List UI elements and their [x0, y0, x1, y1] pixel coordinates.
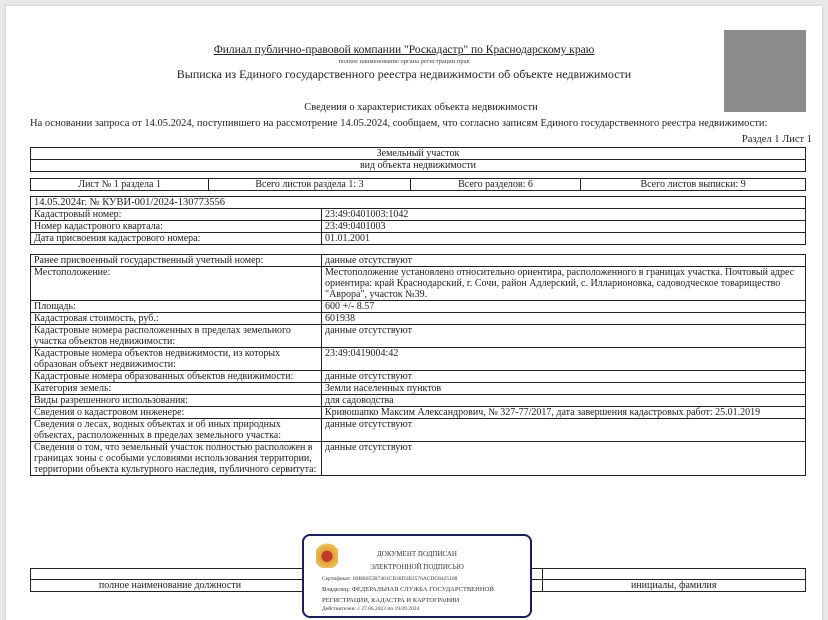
- row-value: 23:49:0401003:1042: [322, 209, 806, 221]
- table-row: Категория земель: Земли населенных пункт…: [31, 383, 806, 395]
- table-row: Ранее присвоенный государственный учетны…: [31, 255, 806, 267]
- table-row: Дата присвоения кадастрового номера: 01.…: [31, 233, 806, 245]
- row-value: данные отсутствуют: [322, 442, 806, 476]
- row-value: Кривошапко Максим Александрович, № 327-7…: [322, 407, 806, 419]
- stamp-owner-2: РЕГИСТРАЦИИ, КАДАСТРА И КАРТОГРАФИИ: [322, 597, 459, 604]
- section-sheets-total: Всего листов раздела 1: 3: [209, 179, 411, 191]
- object-type-caption: вид объекта недвижимости: [31, 160, 806, 172]
- object-type-table: Земельный участок вид объекта недвижимос…: [30, 147, 806, 172]
- table-row: Кадастровый номер: 23:49:0401003:1042: [31, 209, 806, 221]
- row-label: Номер кадастрового квартала:: [31, 221, 322, 233]
- document-page: Филиал публично-правовой компании "Роска…: [6, 6, 822, 620]
- row-label: Кадастровый номер:: [31, 209, 322, 221]
- row-label: Сведения о лесах, водных объектах и об и…: [31, 419, 322, 442]
- row-value: Местоположение установлено относительно …: [322, 267, 806, 301]
- document-title: Выписка из Единого государственного реес…: [6, 67, 802, 82]
- record-id: 14.05.2024г. № КУВИ-001/2024-130773556: [31, 197, 806, 209]
- characteristics-table: Ранее присвоенный государственный учетны…: [30, 254, 806, 476]
- object-type-value: Земельный участок: [31, 148, 806, 160]
- e-signature-stamp: ДОКУМЕНТ ПОДПИСАН ЭЛЕКТРОННОЙ ПОДПИСЬЮ С…: [302, 534, 532, 618]
- row-value: данные отсутствуют: [322, 419, 806, 442]
- table-row: Местоположение: Местоположение установле…: [31, 267, 806, 301]
- section-reference: Раздел 1 Лист 1: [742, 134, 812, 145]
- row-label: Виды разрешенного использования:: [31, 395, 322, 407]
- table-row: Кадастровые номера образованных объектов…: [31, 371, 806, 383]
- table-row: Номер кадастрового квартала: 23:49:04010…: [31, 221, 806, 233]
- table-row: Кадастровая стоимость, руб.: 601938: [31, 313, 806, 325]
- identification-table: 14.05.2024г. № КУВИ-001/2024-130773556 К…: [30, 196, 806, 245]
- table-row: Сведения о кадастровом инженере: Кривоша…: [31, 407, 806, 419]
- row-value: 600 +/- 8.57: [322, 301, 806, 313]
- table-row: Кадастровые номера объектов недвижимости…: [31, 348, 806, 371]
- position-caption: полное наименование должности: [31, 580, 310, 592]
- table-row: Виды разрешенного использования: для сад…: [31, 395, 806, 407]
- extract-sheets-total: Всего листов выписки: 9: [581, 179, 806, 191]
- stamp-owner-1: Владелец: ФЕДЕРАЛЬНАЯ СЛУЖБА ГОСУДАРСТВЕ…: [322, 586, 494, 593]
- row-label: Сведения о том, что земельный участок по…: [31, 442, 322, 476]
- row-label: Ранее присвоенный государственный учетны…: [31, 255, 322, 267]
- row-value: для садоводства: [322, 395, 806, 407]
- row-label: Категория земель:: [31, 383, 322, 395]
- name-caption: инициалы, фамилия: [542, 580, 806, 592]
- organization-name: Филиал публично-правовой компании "Роска…: [6, 44, 802, 56]
- row-value: 01.01.2001: [322, 233, 806, 245]
- stamp-line-2: ЭЛЕКТРОННОЙ ПОДПИСЬЮ: [304, 563, 530, 571]
- row-value: данные отсутствуют: [322, 325, 806, 348]
- row-label: Кадастровые номера объектов недвижимости…: [31, 348, 322, 371]
- row-value: 601938: [322, 313, 806, 325]
- stamp-validity: Действителен: с 27.06.2023 по 19.09.2024: [322, 606, 419, 612]
- stamp-certificate: Сертификат: 00BB055B7401CB38D2B3576ACDC8…: [322, 576, 457, 582]
- row-value: 23:49:0419004:42: [322, 348, 806, 371]
- organization-caption: полное наименование органа регистрации п…: [6, 58, 802, 65]
- row-label: Сведения о кадастровом инженере:: [31, 407, 322, 419]
- sheets-table: Лист № 1 раздела 1 Всего листов раздела …: [30, 178, 806, 191]
- table-row: Сведения о лесах, водных объектах и об и…: [31, 419, 806, 442]
- row-value: данные отсутствуют: [322, 371, 806, 383]
- intro-text: На основании запроса от 14.05.2024, пост…: [30, 118, 767, 129]
- row-value: 23:49:0401003: [322, 221, 806, 233]
- section-title: Сведения о характеристиках объекта недви…: [6, 102, 828, 113]
- table-row: Площадь: 600 +/- 8.57: [31, 301, 806, 313]
- row-label: Кадастровые номера расположенных в преде…: [31, 325, 322, 348]
- table-row: Сведения о том, что земельный участок по…: [31, 442, 806, 476]
- row-label: Кадастровая стоимость, руб.:: [31, 313, 322, 325]
- row-label: Площадь:: [31, 301, 322, 313]
- sections-total: Всего разделов: 6: [410, 179, 581, 191]
- stamp-line-1: ДОКУМЕНТ ПОДПИСАН: [304, 550, 530, 558]
- table-row: Кадастровые номера расположенных в преде…: [31, 325, 806, 348]
- sheet-number: Лист № 1 раздела 1: [31, 179, 209, 191]
- row-value: данные отсутствуют: [322, 255, 806, 267]
- row-label: Дата присвоения кадастрового номера:: [31, 233, 322, 245]
- row-label: Кадастровые номера образованных объектов…: [31, 371, 322, 383]
- row-value: Земли населенных пунктов: [322, 383, 806, 395]
- row-label: Местоположение:: [31, 267, 322, 301]
